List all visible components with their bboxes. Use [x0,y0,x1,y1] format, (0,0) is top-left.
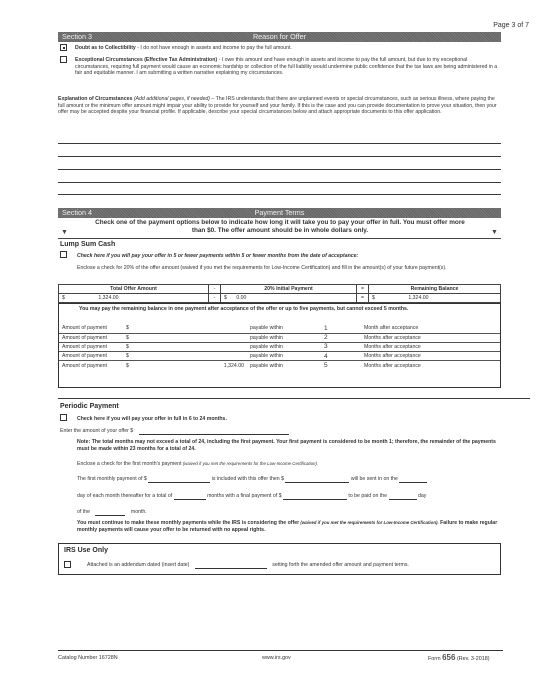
month-label: month. [131,509,147,515]
continue-text: You must continue to make these monthly … [77,520,299,526]
form-revision: (Rev. 3-2018) [457,656,490,662]
payment-instruction: Check one of the payment options below t… [90,219,470,235]
payable-within-label: payable within [247,352,321,361]
payment-amount-input[interactable] [135,352,247,361]
day-of-month-input[interactable] [399,477,427,483]
continue-payments-notice: You must continue to make these monthly … [77,520,502,533]
addendum-checkbox[interactable] [64,561,71,570]
catalog-number: Catalog Number 16728N [58,655,118,661]
payment-label: Amount of payment [59,361,123,370]
option-bold-lead: Exceptional Circumstances (Effective Tax… [75,57,217,63]
website-link[interactable]: www.irs.gov [262,655,291,661]
periodic-enclose: Enclose a check for the first month's pa… [77,461,497,468]
explanation-lead: Explanation of Circumstances [58,96,132,102]
periodic-line-1: The first monthly payment of $ is includ… [77,476,507,483]
enclose-italic: (waived if you met the requirements for … [182,461,319,466]
checkbox-empty-icon[interactable] [60,414,67,421]
payment-label: Amount of payment [59,342,123,351]
continue-italic: (waived if you met the requirements for … [299,520,439,525]
section-3-header: Section 3 Reason for Offer [58,32,501,42]
initial-payment-value[interactable]: 0.00 [236,295,246,301]
payment-schedule-table: Amount of payment$payable within1Month a… [59,324,500,370]
triangle-down-right-icon: ▼ [491,229,498,236]
payment-amount-input[interactable] [135,333,247,342]
checkbox-checked-icon[interactable] [60,44,67,51]
offer-amount-input[interactable] [139,429,289,435]
month-suffix: Month after acceptance [361,324,500,333]
doubt-collectibility-checkbox[interactable] [60,44,67,53]
enclose-text: Enclose a check for the first month's pa… [77,461,182,467]
section-4-header: Section 4 Payment Terms [58,208,501,218]
instruction-divider [58,238,501,239]
checkbox-empty-icon[interactable] [60,56,67,63]
checkbox-empty-icon[interactable] [60,251,67,258]
explanation-of-circumstances: Explanation of Circumstances (Add additi… [58,96,502,116]
currency-symbol: $ [123,342,135,351]
final-month-input[interactable] [95,510,125,516]
initial-payment-cell[interactable]: $ 0.00 [221,294,357,303]
enter-amount-label: Enter the amount of your offer $ [60,428,133,434]
periodic-check-text: Check here if you will pay your offer in… [77,416,227,423]
lump-sum-enclose-text: Enclose a check for 20% of the offer amo… [77,265,497,272]
currency-symbol: $ [224,295,227,301]
periodic-note: Note: The total months may not exceed a … [77,439,502,452]
enter-offer-amount-label: Enter the amount of your offer $ [60,428,289,435]
equals-sign: = [357,294,369,303]
first-payment-label: The first monthly payment of $ [77,476,147,482]
periodic-checkbox[interactable] [60,414,67,423]
payable-within-label: payable within [247,333,321,342]
irs-use-heading: IRS Use Only [64,547,108,554]
option-bold-lead: Doubt as to Collectibility [75,45,136,51]
header-remaining-balance: Remaining Balance [369,285,501,294]
explanation-line-1[interactable] [58,143,501,144]
payment-row: Amount of payment$payable within1Month a… [59,324,500,333]
payment-label: Amount of payment [59,333,123,342]
final-payment-input[interactable] [283,494,347,500]
explanation-line-4[interactable] [58,182,501,183]
remaining-balance-value[interactable]: 1,324.00 [408,295,428,301]
addendum-text: Attached is an addendum dated (insert da… [87,562,497,569]
lump-sum-check-text: Check here if you will pay your offer in… [77,253,497,260]
header-total-offer: Total Offer Amount [59,285,209,294]
triangle-down-left-icon: ▼ [61,229,68,236]
payment-amount-input[interactable]: 1,324.00 [135,361,247,370]
section-4-title: Payment Terms [58,208,501,218]
lump-sum-heading: Lump Sum Cash [60,241,115,248]
month-number: 1 [321,324,361,333]
sent-on-label: will be sent in on the [351,476,398,482]
currency-symbol: $ [123,324,135,333]
form-prefix: Form [428,656,441,662]
periodic-line-2: day of each month thereafter for a total… [77,493,517,500]
form-number: 656 [442,653,455,662]
periodic-heading: Periodic Payment [60,403,119,410]
payment-row: Amount of payment$payable within2Months … [59,333,500,342]
offer-amount-table: Total Offer Amount - 20% Initial Payment… [58,284,501,303]
total-offer-cell[interactable]: $ 1,324.00 [59,294,209,303]
checkbox-empty-icon[interactable] [64,561,71,568]
irs-use-only-box: IRS Use Only Attached is an addendum dat… [58,543,501,575]
currency-symbol: $ [372,295,375,301]
month-suffix: Months after acceptance [361,352,500,361]
month-suffix: Months after acceptance [361,333,500,342]
explanation-line-5[interactable] [58,194,501,195]
exceptional-circumstances-checkbox[interactable] [60,56,67,65]
addendum-tail: setting forth the amended offer amount a… [272,562,409,568]
section-3-title: Reason for Offer [58,32,501,42]
addendum-date-input[interactable] [195,563,267,569]
doubt-collectibility-label: Doubt as to Collectibility - I do not ha… [75,45,495,52]
monthly-amount-input[interactable] [285,477,349,483]
payment-schedule-box: You may pay the remaining balance in one… [58,303,501,388]
currency-symbol: $ [123,333,135,342]
month-number: 3 [321,342,361,351]
payable-within-label: payable within [247,324,321,333]
paid-on-label: to be paid on the [348,493,387,499]
header-minus: - [209,285,221,294]
of-the-label: of the [77,509,90,515]
total-offer-value[interactable]: 1,324.00 [98,295,118,301]
payment-row: Amount of payment$1,324.00payable within… [59,361,500,370]
footer-rule [58,650,503,651]
payment-row: Amount of payment$payable within4Months … [59,352,500,361]
payable-within-label: payable within [247,361,321,370]
header-initial-payment: 20% Initial Payment [221,285,357,294]
explanation-line-3[interactable] [58,169,501,170]
currency-symbol: $ [62,295,65,301]
currency-symbol: $ [123,352,135,361]
payable-within-label: payable within [247,342,321,351]
final-day-input[interactable] [389,494,417,500]
lump-sum-divider [58,398,530,399]
total-months-input[interactable] [174,494,206,500]
first-payment-input[interactable] [148,477,210,483]
payment-label: Amount of payment [59,352,123,361]
periodic-line-3: of the month. [77,509,147,516]
remaining-balance-note: You may pay the remaining balance in one… [79,306,479,313]
addendum-label: Attached is an addendum dated (insert da… [87,562,189,568]
offer-then-label: is included with this offer then $ [212,476,284,482]
payment-row: Amount of payment$payable within3Months … [59,342,500,351]
option-text: - I do not have enough in assets and inc… [136,45,292,51]
day-label: day [418,493,426,499]
explanation-note: (Add additional pages, if needed) [132,96,210,102]
remaining-balance-cell[interactable]: $ 1,324.00 [369,294,501,303]
month-number: 4 [321,352,361,361]
month-suffix: Months after acceptance [361,361,500,370]
currency-symbol: $ [123,361,135,370]
page-indicator: Page 3 of 7 [493,22,529,29]
header-equals: = [357,285,369,294]
payment-label: Amount of payment [59,324,123,333]
final-payment-label: months with a final payment of $ [207,493,281,499]
total-months-label: day of each month thereafter for a total… [77,493,172,499]
month-number: 5 [321,361,361,370]
exceptional-circumstances-label: Exceptional Circumstances (Effective Tax… [75,57,500,77]
explanation-line-2[interactable] [58,156,501,157]
form-id: Form 656 (Rev. 3-2018) [428,653,490,662]
lump-sum-checkbox[interactable] [60,251,67,260]
month-suffix: Months after acceptance [361,342,500,351]
payment-amount-input[interactable] [135,324,247,333]
minus-sign: - [209,294,221,303]
month-number: 2 [321,333,361,342]
payment-amount-input[interactable] [135,342,247,351]
